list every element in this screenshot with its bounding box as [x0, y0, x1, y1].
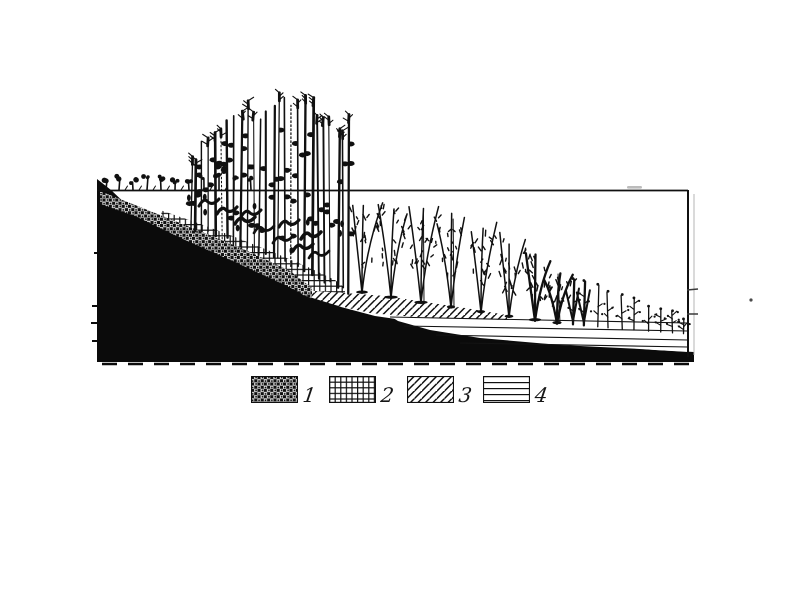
- legend-swatch-horizontal-lines-icon: [483, 376, 530, 403]
- legend-item-2: 2: [329, 376, 407, 403]
- legend-item-3: 3: [407, 376, 483, 403]
- legend-item-1: 1: [251, 376, 329, 403]
- legend-label-3: 3: [458, 385, 474, 405]
- legend-label-2: 2: [380, 385, 396, 405]
- legend-swatch-cross-hatch-icon: [329, 376, 376, 403]
- legend-swatch-dense-stipple-icon: [251, 376, 298, 403]
- stray-dot: [749, 298, 752, 301]
- left-edge-ticks: [91, 253, 97, 341]
- scan-smudge: [627, 186, 642, 189]
- legend-item-4: 4: [483, 376, 561, 403]
- legend-label-1: 1: [302, 385, 318, 405]
- legend-label-4: 4: [534, 385, 550, 405]
- cross-section-figure: [0, 0, 794, 595]
- scanned-diagram-page: 1 2 3 4: [0, 0, 794, 595]
- shore-tufts-zone: [102, 173, 254, 190]
- legend-swatch-diagonal-hatch-icon: [407, 376, 454, 403]
- legend: 1 2 3 4: [251, 376, 561, 403]
